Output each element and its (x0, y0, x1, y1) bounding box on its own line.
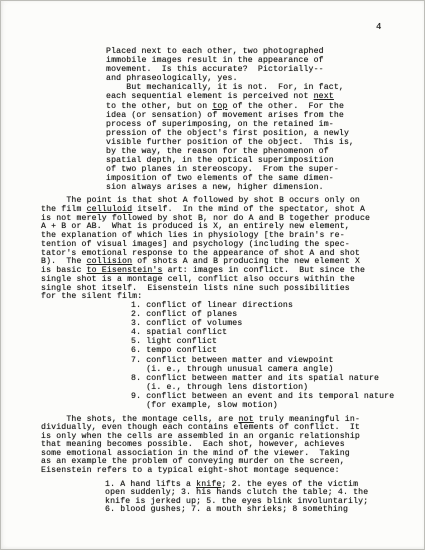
typed-text: (for example, slow motion) (131, 401, 278, 410)
typed-text: to the other, but on (106, 102, 212, 111)
typed-line: 3. conflict of volumes (131, 319, 394, 328)
typed-text: 1. conflict of linear directions (131, 301, 293, 310)
typed-text: (i. e., through unusual camera angle) (131, 365, 334, 374)
numbered-conflict-list: 1. conflict of linear directions2. confl… (131, 301, 394, 410)
typed-line: 2. conflict of planes (131, 310, 394, 319)
blockquote-murder-sequence: 1. A hand lifts a knife; 2. the eyes of … (105, 481, 368, 515)
typed-text: 7. conflict between matter and viewpoint (131, 356, 334, 365)
typed-text: Eisenstein refers to a typical eight-sho… (41, 466, 340, 475)
typed-line: each sequential element is perceived not… (106, 92, 354, 101)
typed-text: imposition of two elements of the same d… (106, 174, 334, 183)
typed-text: 4. spatial conflict (131, 328, 227, 337)
typed-line: (i. e., through lens distortion) (131, 383, 394, 392)
typed-line: Placed next to each other, two photograp… (106, 47, 354, 56)
typed-text: The point is that shot A followed by sho… (41, 196, 360, 205)
typed-text: A + B or AB. What is produced is X, an e… (41, 222, 350, 231)
typed-line: 8. conflict between matter and its spati… (131, 374, 394, 383)
typed-text: single shot is a montage cell, conflict … (41, 275, 355, 284)
typed-text: movement. Is this accurate? Pictorially-… (106, 65, 324, 74)
typed-line: pression of the object's first position,… (106, 129, 354, 138)
typed-text: 8. conflict between matter and its spati… (131, 374, 379, 383)
typed-text: (i. e., through lens distortion) (131, 383, 308, 392)
typed-text: each sequential element is perceived not (106, 92, 314, 101)
paragraph-montage-cells: The shots, the montage cells, are not tr… (41, 416, 360, 475)
typed-line: movement. Is this accurate? Pictorially-… (106, 65, 354, 74)
typed-line: (i. e., through unusual camera angle) (131, 365, 394, 374)
typed-line: immobile images result in the appearance… (106, 56, 354, 65)
typed-text: of the other. For the (228, 102, 344, 111)
typed-text: the film (41, 205, 87, 214)
underlined-word: to Eisenstein's (87, 266, 163, 275)
typed-line: to the other, but on top of the other. F… (106, 102, 354, 111)
typed-line: spatial depth, in the optical superimpos… (106, 156, 354, 165)
underlined-word: next (314, 92, 334, 101)
typed-text: 3. conflict of volumes (131, 319, 242, 328)
page-number: 4 (376, 22, 382, 32)
typed-line: Eisenstein refers to a typical eight-sho… (41, 467, 360, 475)
typed-line: idea (or sensation) of movement arises f… (106, 111, 354, 120)
typed-text: the explanation of which lies in physiol… (41, 231, 345, 240)
typed-text: tention of visual images] and psychology… (41, 240, 350, 249)
typed-line: sion always arises a new, higher dimensi… (106, 183, 354, 192)
typed-text: visible further position of the object. … (106, 138, 354, 147)
typed-text: Placed next to each other, two photograp… (106, 47, 324, 56)
typed-text: 2. conflict of planes (131, 310, 237, 319)
typed-line: 6. tempo conflict (131, 346, 394, 355)
typed-text: pression of the object's first position,… (106, 129, 349, 138)
typed-text: 9. conflict between an event and its tem… (131, 392, 394, 401)
typed-line: and phraseologically, yes. (106, 74, 354, 83)
typed-text: spatial depth, in the optical superimpos… (106, 156, 334, 165)
typed-text: itself. In the mind of the spectator, sh… (132, 205, 365, 214)
paragraph-shot-collision: The point is that shot A followed by sho… (41, 197, 370, 302)
underlined-word: collision (87, 257, 133, 266)
typed-line: 4. spatial conflict (131, 328, 394, 337)
underlined-word: celluloid (87, 205, 133, 214)
typed-text: B). The (41, 257, 87, 266)
blockquote-movement-perception: Placed next to each other, two photograp… (106, 47, 354, 193)
typed-text: immobile images result in the appearance… (106, 56, 324, 65)
typed-text: and phraseologically, yes. (106, 74, 238, 83)
typed-text: sion always arises a new, higher dimensi… (106, 183, 324, 192)
typed-line: 7. conflict between matter and viewpoint (131, 356, 394, 365)
typed-text: for the silent film: (41, 292, 142, 301)
typed-text: of two planes in stereoscopy. From the s… (106, 165, 339, 174)
typed-line: 9. conflict between an event and its tem… (131, 392, 394, 401)
typed-text: 6. blood gushes; 7. a mouth shrieks; 8 s… (105, 505, 348, 514)
underlined-word: top (212, 102, 227, 111)
typed-text: by the way, the reason for the phenomeno… (106, 147, 329, 156)
typed-text: process of superimposing, on the retaine… (106, 120, 334, 129)
typed-line: of two planes in stereoscopy. From the s… (106, 165, 354, 174)
typed-line: 1. conflict of linear directions (131, 301, 394, 310)
typed-line: (for example, slow motion) (131, 401, 394, 410)
typed-line: process of superimposing, on the retaine… (106, 120, 354, 129)
typed-text: is basic (41, 266, 87, 275)
typed-text: 6. tempo conflict (131, 346, 217, 355)
typed-line: visible further position of the object. … (106, 138, 354, 147)
typed-text: of shots A and B producing the new eleme… (132, 257, 360, 266)
typed-text: idea (or sensation) of movement arises f… (106, 111, 344, 120)
typed-text: art: images in conflict. But since the (163, 266, 366, 275)
typed-line: by the way, the reason for the phenomeno… (106, 147, 354, 156)
typed-line: 6. blood gushes; 7. a mouth shrieks; 8 s… (105, 506, 368, 514)
scanned-typescript-page: 4 Placed next to each other, two photogr… (0, 0, 425, 550)
